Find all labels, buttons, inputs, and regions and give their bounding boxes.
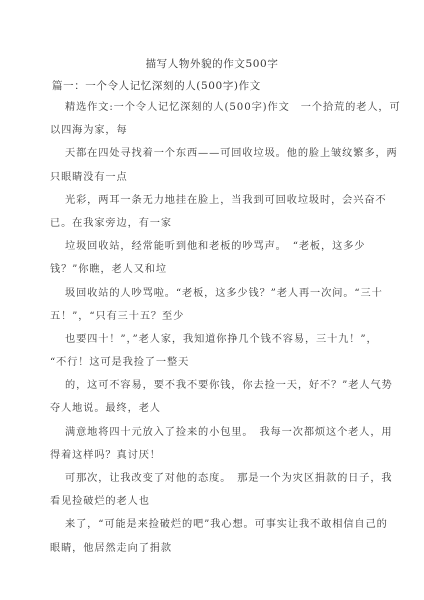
document-title: 描写人物外貌的作文500字 — [0, 56, 424, 71]
text-line: “不行！这可是我捡了一整天 — [50, 356, 362, 379]
text-line: 得着这样吗？真讨厌！ — [50, 449, 362, 472]
text-line: 已。在我家旁边，有一家 — [50, 217, 362, 240]
text-line: 精选作文:一个令人记忆深刻的人(500字)作文 一个拾荒的老人，可 — [50, 101, 362, 124]
text-line: 也要四十！”，”老人家，我知道你挣几个钱不容易，三十九！”， — [50, 333, 362, 356]
text-line: 可那次，让我改变了对他的态度。 那是一个为灾区捐款的日子，我 — [50, 472, 362, 495]
text-line: 五！”，“只有三十五？至少 — [50, 310, 362, 333]
text-line: 以四海为家，每 — [50, 124, 362, 147]
text-line: 钱？”你瞧，老人又和垃 — [50, 263, 362, 286]
text-line: 只眼睛没有一点 — [50, 171, 362, 194]
text-line: 垃圾回收站，经常能听到他和老板的吵骂声。 “老板，这多少 — [50, 240, 362, 263]
text-line: 眼睛，他居然走向了捐款 — [50, 542, 362, 565]
text-line: 看见捡破烂的老人也 — [50, 495, 362, 518]
text-line: 来了，“可能是来捡破烂的吧”我心想。可事实让我不敢相信自己的 — [50, 518, 362, 541]
section-heading: 篇一：一个令人记忆深刻的人(500字)作文 — [52, 78, 261, 93]
text-line: 夺人地说。最终，老人 — [50, 402, 362, 425]
text-line: 的，这可不容易，要不我不要你钱，你去捡一天，好不？”老人气势 — [50, 379, 362, 402]
text-line: 满意地将四十元放入了捡来的小包里。 我每一次都烦这个老人，用 — [50, 426, 362, 449]
document-page: 描写人物外貌的作文500字 篇一：一个令人记忆深刻的人(500字)作文 精选作文… — [0, 0, 424, 600]
text-line: 天都在四处寻找着一个东西——可回收垃圾。他的脸上皱纹繁多，两 — [50, 147, 362, 170]
text-line: 光彩，两耳一条无力地挂在脸上，当我到可回收垃圾时，会兴奋不 — [50, 194, 362, 217]
essay-body: 精选作文:一个令人记忆深刻的人(500字)作文 一个拾荒的老人，可以四海为家，每… — [50, 101, 362, 565]
text-line: 圾回收站的人吵骂啦。“老板，这多少钱？”老人再一次问。“三十 — [50, 287, 362, 310]
